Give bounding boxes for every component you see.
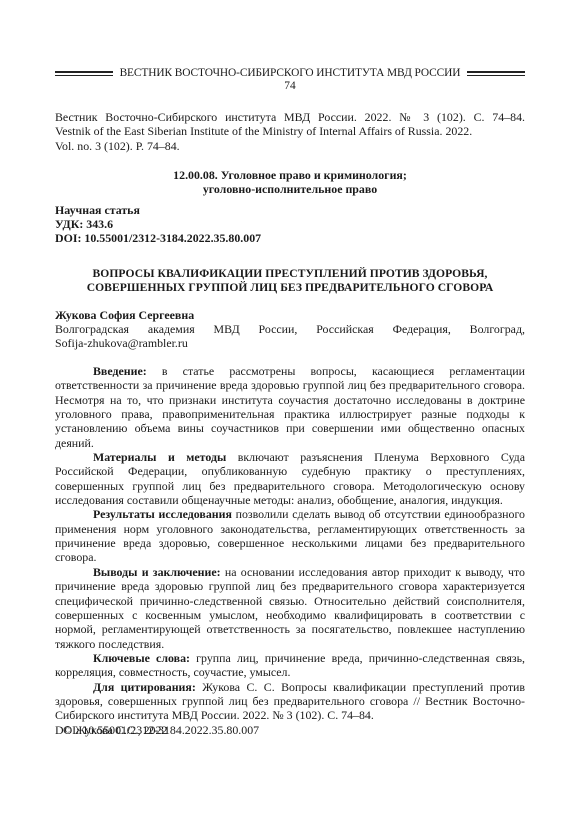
- author-block: Жукова София Сергеевна Волгоградская ака…: [55, 308, 525, 351]
- author-email[interactable]: Sofija-zhukova@rambler.ru: [55, 336, 525, 350]
- keywords-label: Ключевые слова:: [93, 651, 190, 665]
- abstract-conclusions: Выводы и заключение: на основании исслед…: [55, 565, 525, 651]
- article-title: ВОПРОСЫ КВАЛИФИКАЦИИ ПРЕСТУПЛЕНИЙ ПРОТИВ…: [55, 267, 525, 296]
- specialty-line2: уголовно-исполнительное право: [55, 182, 525, 196]
- running-head: ВЕСТНИК ВОСТОЧНО-СИБИРСКОГО ИНСТИТУТА МВ…: [55, 66, 525, 80]
- citation-label: Для цитирования:: [93, 680, 196, 694]
- title-line1: ВОПРОСЫ КВАЛИФИКАЦИИ ПРЕСТУПЛЕНИЙ ПРОТИВ…: [55, 267, 525, 281]
- author-affiliation: Волгоградская академия МВД России, Росси…: [55, 322, 525, 336]
- specialty-heading: 12.00.08. Уголовное право и криминология…: [55, 168, 525, 196]
- article-meta: Научная статья УДК: 343.6 DOI: 10.55001/…: [55, 203, 525, 246]
- abstract-introduction: Введение: в статье рассмотрены вопросы, …: [55, 364, 525, 450]
- journal-name: ВЕСТНИК ВОСТОЧНО-СИБИРСКОГО ИНСТИТУТА МВ…: [120, 67, 461, 79]
- author-name: Жукова София Сергеевна: [55, 308, 525, 322]
- citation-en-line1: Vestnik of the East Siberian Institute o…: [55, 124, 525, 138]
- introduction-label: Введение:: [93, 364, 147, 378]
- methods-label: Материалы и методы: [93, 450, 226, 464]
- title-line2: СОВЕРШЕННЫХ ГРУППОЙ ЛИЦ БЕЗ ПРЕДВАРИТЕЛЬ…: [55, 281, 525, 295]
- header-rule-right: [467, 71, 525, 76]
- results-label: Результаты исследования: [93, 507, 232, 521]
- abstract: Введение: в статье рассмотрены вопросы, …: [55, 364, 525, 737]
- abstract-results: Результаты исследования позволили сделат…: [55, 507, 525, 564]
- conclusions-label: Выводы и заключение:: [93, 565, 221, 579]
- header-rule-left: [55, 71, 113, 76]
- specialty-line1: 12.00.08. Уголовное право и криминология…: [55, 168, 525, 182]
- udk: УДК: 343.6: [55, 217, 525, 231]
- citation-header: Вестник Восточно-Сибирского института МВ…: [55, 110, 525, 153]
- article-type: Научная статья: [55, 203, 525, 217]
- citation-ru: Вестник Восточно-Сибирского института МВ…: [55, 110, 525, 124]
- abstract-keywords: Ключевые слова: группа лиц, причинение в…: [55, 651, 525, 680]
- copyright: © Жукова С.С., 2022: [63, 723, 167, 738]
- abstract-methods: Материалы и методы включают разъяснения …: [55, 450, 525, 507]
- doi: DOI: 10.55001/2312-3184.2022.35.80.007: [55, 231, 525, 245]
- page-number: 74: [55, 80, 525, 92]
- abstract-citation: Для цитирования: Жукова С. С. Вопросы кв…: [55, 680, 525, 723]
- citation-en-line2: Vol. no. 3 (102). P. 74–84.: [55, 139, 525, 153]
